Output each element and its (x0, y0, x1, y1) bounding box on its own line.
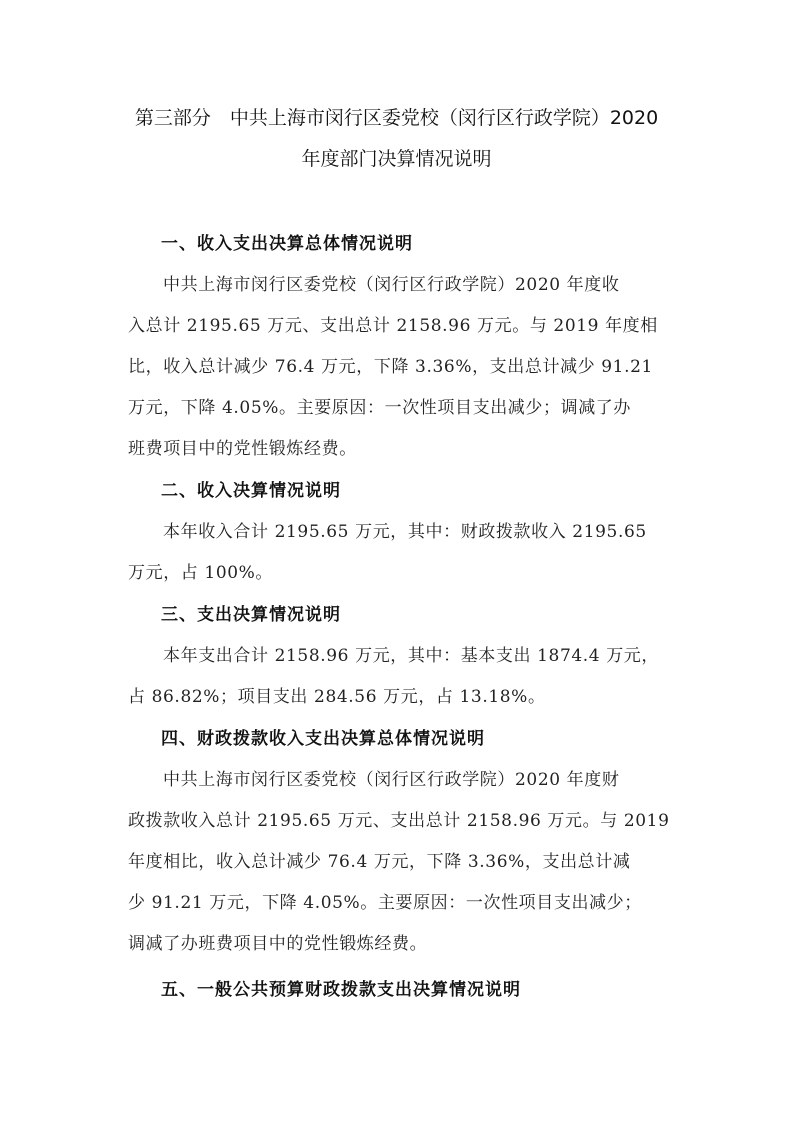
section-4-line-2: 政拨款收入总计 2195.65 万元、支出总计 2158.96 万元。与 201… (128, 809, 669, 833)
section-4-line-4: 少 91.21 万元，下降 4.05%。主要原因：一次性项目支出减少； (128, 891, 642, 915)
section-1-line-3: 比，收入总计减少 76.4 万元，下降 3.36%，支出总计减少 91.21 (128, 355, 653, 379)
document-title-line-1: 第三部分 中共上海市闵行区委党校（闵行区行政学院）2020 (0, 105, 793, 131)
section-4-heading: 四、财政拨款收入支出决算总体情况说明 (161, 727, 485, 751)
section-3-line-1: 本年支出合计 2158.96 万元，其中：基本支出 1874.4 万元， (163, 644, 659, 668)
section-1-line-4: 万元，下降 4.05%。主要原因：一次性项目支出减少；调减了办 (128, 396, 631, 420)
document-title-line-2: 年度部门决算情况说明 (0, 146, 793, 172)
section-2-line-1: 本年收入合计 2195.65 万元，其中：财政拨款收入 2195.65 (163, 520, 647, 544)
section-1-line-5: 班费项目中的党性锻炼经费。 (128, 437, 357, 461)
section-1-heading: 一、收入支出决算总体情况说明 (161, 232, 413, 256)
section-3-line-2: 占 86.82%；项目支出 284.56 万元，占 13.18%。 (128, 685, 546, 709)
section-2-heading: 二、收入决算情况说明 (161, 479, 341, 503)
section-1-line-2: 入总计 2195.65 万元、支出总计 2158.96 万元。与 2019 年度… (128, 314, 658, 338)
document-page: 第三部分 中共上海市闵行区委党校（闵行区行政学院）2020 年度部门决算情况说明… (0, 0, 793, 1122)
section-4-line-3: 年度相比，收入总计减少 76.4 万元，下降 3.36%，支出总计减 (128, 850, 630, 874)
section-4-line-1: 中共上海市闵行区委党校（闵行区行政学院）2020 年度财 (163, 768, 619, 792)
section-2-line-2: 万元，占 100%。 (128, 561, 273, 585)
section-4-line-5: 调减了办班费项目中的党性锻炼经费。 (128, 932, 427, 956)
section-1-line-1: 中共上海市闵行区委党校（闵行区行政学院）2020 年度收 (163, 273, 619, 297)
section-3-heading: 三、支出决算情况说明 (161, 603, 341, 627)
section-5-heading: 五、一般公共预算财政拨款支出决算情况说明 (161, 978, 521, 1002)
